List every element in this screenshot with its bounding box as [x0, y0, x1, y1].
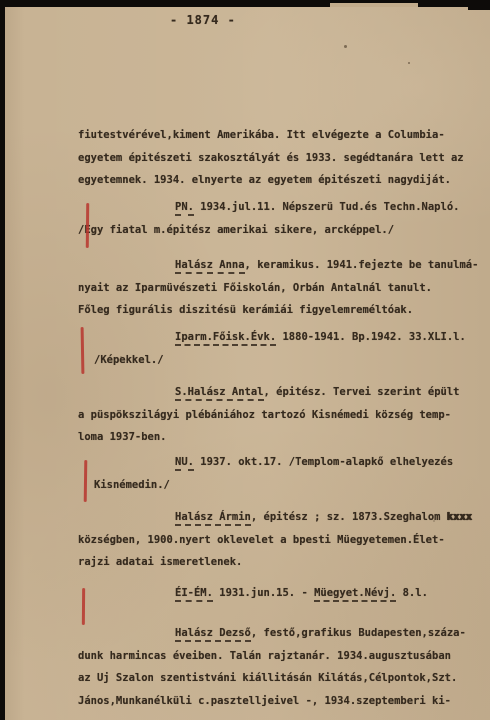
underlined-text: Halász Ármin	[175, 511, 251, 526]
text-line: egyetemnek. 1934. elnyerte az egyetem ép…	[78, 169, 480, 192]
paper-speck	[408, 62, 410, 64]
text-run: , épitész. Tervei szerint épült	[264, 386, 460, 398]
text-line: Iparm.Főisk.Évk. 1880-1941. Bp.1942. 33.…	[78, 326, 480, 349]
underlined-text: Halász Dezső	[175, 627, 251, 642]
red-margin-mark	[82, 588, 85, 625]
text-line: Halász Anna, keramikus. 1941.fejezte be …	[78, 254, 480, 277]
text-run: loma 1937-ben.	[78, 431, 167, 443]
text-run: nyait az Iparmüvészeti Főiskolán, Orbán …	[78, 282, 432, 294]
text-run: községben, 1900.nyert oklevelet a bpesti…	[78, 534, 445, 546]
text-run: egyetemnek. 1934. elnyerte az egyetem ép…	[78, 174, 451, 186]
text-line: községben, 1900.nyert oklevelet a bpesti…	[78, 529, 480, 552]
text-line: /Képekkel./	[78, 349, 480, 372]
text-line: Halász Ármin, épitész ; sz. 1873.Szeghal…	[78, 506, 480, 529]
underlined-text: ÉI-ÉM.	[175, 587, 213, 602]
text-line: loma 1937-ben.	[78, 426, 480, 449]
p-s-halasz-antal: S.Halász Antal, épitész. Tervei szerint …	[78, 381, 480, 449]
text-line: /Egy fiatal m.épitész amerikai sikere, a…	[78, 219, 480, 242]
underlined-text: PN.	[175, 201, 194, 216]
p-citation-nu-1937: NU. 1937. okt.17. /Templom-alapkő elhely…	[78, 451, 480, 496]
text-run: János,Munkanélküli c.pasztelljeivel -, 1…	[78, 695, 451, 707]
scan-edge-left	[0, 0, 5, 720]
p-halasz-armin: Halász Ármin, épitész ; sz. 1873.Szeghal…	[78, 506, 480, 574]
text-run: dunk harmincas éveiben. Talán rajztanár.…	[78, 650, 451, 662]
text-run: /Képekkel./	[94, 354, 164, 366]
text-run: 1937. okt.17. /Templom-alapkő elhelyezés	[194, 456, 453, 468]
p-citation-ei-em-1931: ÉI-ÉM. 1931.jun.15. - Müegyet.Névj. 8.l.	[78, 582, 480, 605]
text-line: a püspökszilágyi plébániához tartozó Kis…	[78, 404, 480, 427]
text-run: a püspökszilágyi plébániához tartozó Kis…	[78, 409, 451, 421]
text-run: rajzi adatai ismeretlenek.	[78, 556, 242, 568]
underlined-text: Iparm.Főisk.Évk.	[175, 331, 276, 346]
paper-speck	[344, 45, 347, 48]
text-run: Főleg figurális diszitésü kerámiái figye…	[78, 304, 413, 316]
text-run: , épitész ; sz. 1873.Szeghalom	[251, 511, 447, 523]
text-line: NU. 1937. okt.17. /Templom-alapkő elhely…	[78, 451, 480, 474]
underlined-text: NU.	[175, 456, 194, 471]
text-line: ÉI-ÉM. 1931.jun.15. - Müegyet.Névj. 8.l.	[78, 582, 480, 605]
text-line: fiutestvérével,kiment Amerikába. Itt elv…	[78, 124, 480, 147]
text-line: egyetem épitészeti szakosztályát és 1933…	[78, 147, 480, 170]
paper-speck	[433, 520, 435, 522]
p-halasz-dezso: Halász Dezső, festő,grafikus Budapesten,…	[78, 622, 480, 712]
scanned-page: - 1874 - fiutestvérével,kiment Amerikába…	[0, 0, 490, 720]
text-run: , festő,grafikus Budapesten,száza-	[251, 627, 466, 639]
page-text: fiutestvérével,kiment Amerikába. Itt elv…	[78, 124, 480, 712]
text-run: az Uj Szalon szentistváni kiállitásán Ki…	[78, 672, 457, 684]
page-number: - 1874 -	[170, 13, 236, 27]
text-line: rajzi adatai ismeretlenek.	[78, 551, 480, 574]
text-run: 1934.jul.11. Népszerü Tud.és Techn.Napló…	[194, 201, 460, 213]
text-run: /Egy fiatal m.épitész amerikai sikere, a…	[78, 224, 394, 236]
overtyped-text: kxxx	[447, 511, 472, 523]
p-columbia-continuation: fiutestvérével,kiment Amerikába. Itt elv…	[78, 124, 480, 192]
underlined-text: Halász Anna	[175, 259, 245, 274]
scan-edge-notch	[330, 3, 418, 7]
underlined-text: S.Halász Antal	[175, 386, 264, 401]
text-line: nyait az Iparmüvészeti Főiskolán, Orbán …	[78, 277, 480, 300]
p-halasz-anna: Halász Anna, keramikus. 1941.fejezte be …	[78, 254, 480, 322]
text-line: dunk harmincas éveiben. Talán rajztanár.…	[78, 645, 480, 668]
text-line: S.Halász Antal, épitész. Tervei szerint …	[78, 381, 480, 404]
text-line: János,Munkanélküli c.pasztelljeivel -, 1…	[78, 690, 480, 713]
text-run: egyetem épitészeti szakosztályát és 1933…	[78, 152, 464, 164]
text-line: Főleg figurális diszitésü kerámiái figye…	[78, 299, 480, 322]
text-run: Kisnémedin./	[94, 479, 170, 491]
text-run: 8.l.	[396, 587, 428, 599]
underlined-text: Müegyet.Névj.	[314, 587, 396, 602]
text-run: 1880-1941. Bp.1942. 33.XLI.l.	[276, 331, 466, 343]
text-run: 1931.jun.15. -	[213, 587, 314, 599]
text-line: PN. 1934.jul.11. Népszerü Tud.és Techn.N…	[78, 196, 480, 219]
text-line: Kisnémedin./	[78, 474, 480, 497]
scan-edge-corner	[468, 0, 490, 10]
text-line: az Uj Szalon szentistváni kiállitásán Ki…	[78, 667, 480, 690]
text-line: Halász Dezső, festő,grafikus Budapesten,…	[78, 622, 480, 645]
p-citation-pn-1934: PN. 1934.jul.11. Népszerü Tud.és Techn.N…	[78, 196, 480, 241]
text-run: , keramikus. 1941.fejezte be tanulmá-	[245, 259, 479, 271]
text-run: fiutestvérével,kiment Amerikába. Itt elv…	[78, 129, 445, 141]
red-margin-mark	[86, 203, 89, 248]
p-citation-iparm-foisk: Iparm.Főisk.Évk. 1880-1941. Bp.1942. 33.…	[78, 326, 480, 371]
paper-speck	[120, 356, 122, 358]
